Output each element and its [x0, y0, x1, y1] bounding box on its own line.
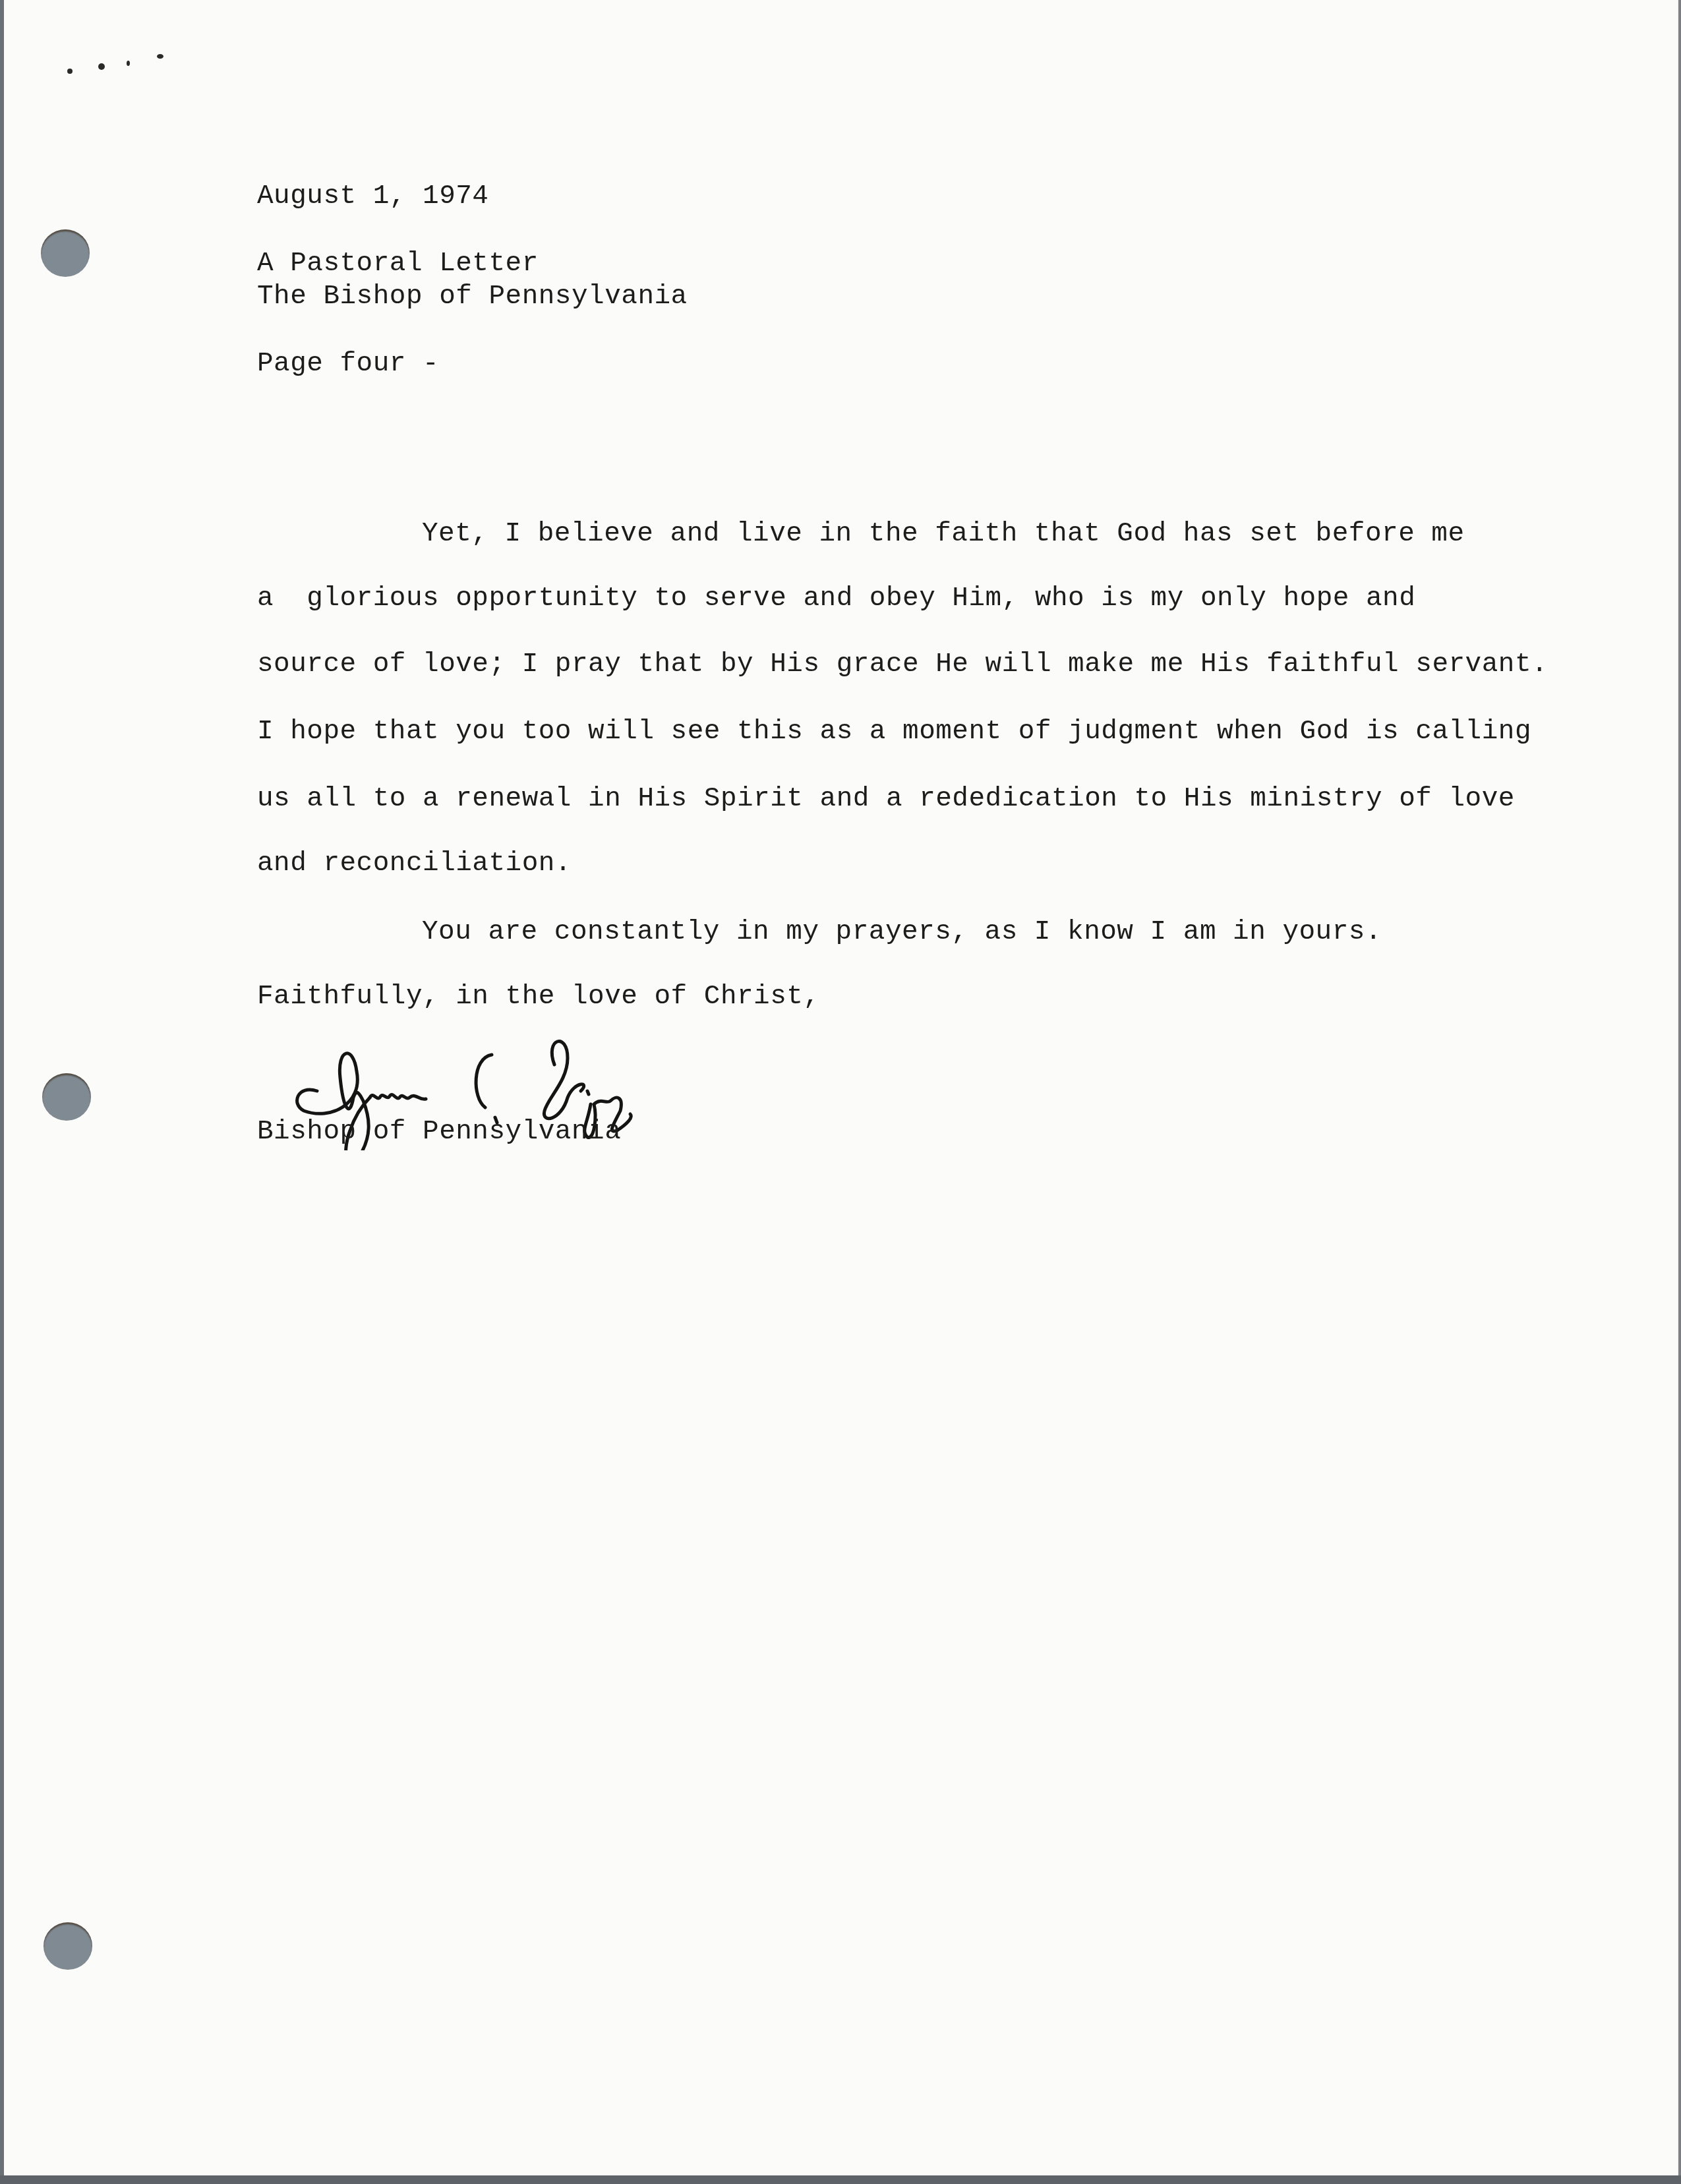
punch-hole [44, 1922, 92, 1970]
body-line: source of love; I pray that by His grace… [257, 651, 1548, 678]
body-line: a glorious opportunity to serve and obey… [257, 585, 1415, 612]
staple-mark [67, 69, 73, 74]
letter-author: The Bishop of Pennsylvania [257, 283, 688, 310]
body-line: Yet, I believe and live in the faith tha… [422, 521, 1465, 548]
staple-mark [98, 63, 105, 70]
page-label: Page four - [257, 351, 439, 378]
closing: Faithfully, in the love of Christ, [257, 984, 820, 1011]
body-line: and reconciliation. [257, 850, 572, 877]
scan-right-edge [1678, 0, 1681, 2184]
staple-mark [157, 54, 163, 59]
body-line: You are constantly in my prayers, as I k… [422, 919, 1382, 946]
body-line: us all to a renewal in His Spirit and a … [257, 786, 1515, 813]
letter-page: August 1, 1974 A Pastoral Letter The Bis… [4, 0, 1677, 2175]
staple-mark [127, 61, 130, 66]
letter-heading: A Pastoral Letter [257, 251, 539, 278]
letter-date: August 1, 1974 [257, 183, 488, 210]
scan-bottom-edge [0, 2175, 1681, 2184]
signer-title: Bishop of Pennsylvania [257, 1119, 621, 1146]
punch-hole [41, 229, 90, 277]
body-line: I hope that you too will see this as a m… [257, 719, 1531, 746]
punch-hole [42, 1073, 91, 1121]
